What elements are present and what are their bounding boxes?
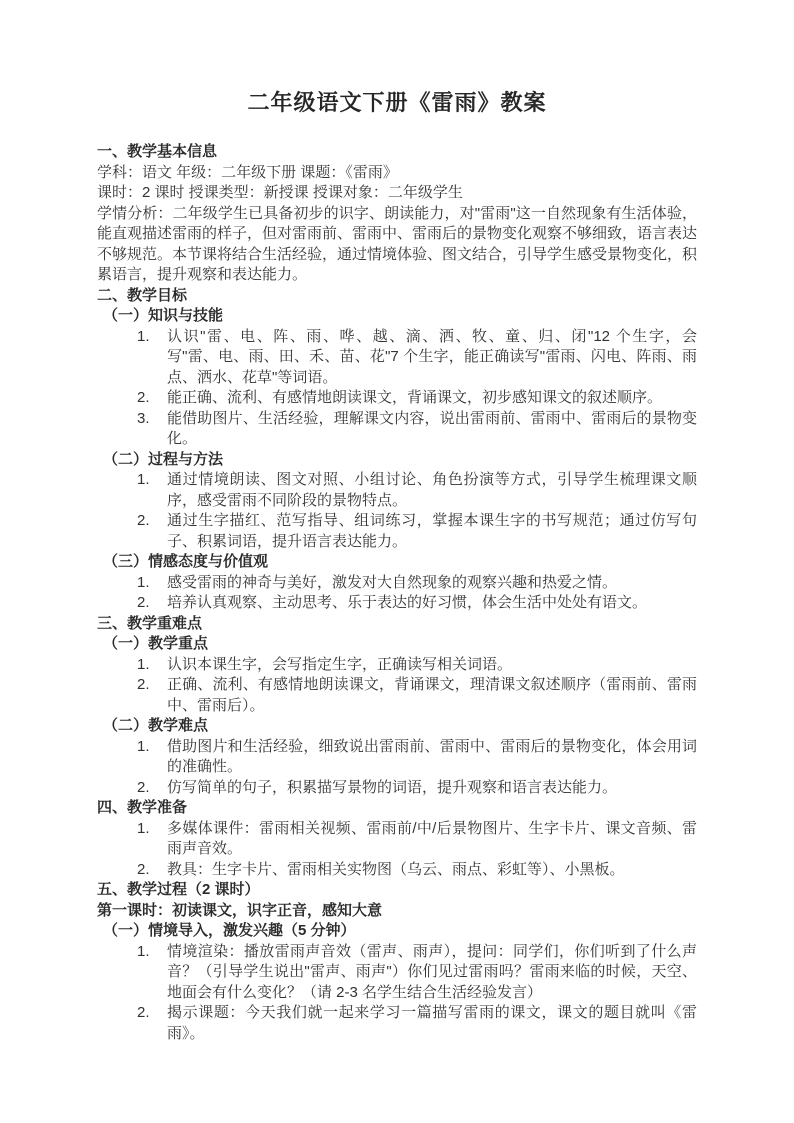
list-item-text: 通过生字描红、范写指导、组词练习，掌握本课生字的书写规范；通过仿写句子、积累词语…: [167, 511, 697, 552]
process-method-heading: （二）过程与方法: [97, 450, 697, 471]
list-item: 1. 多媒体课件：雷雨相关视频、雷雨前/中/后景物图片、生字卡片、课文音频、雷雨…: [97, 819, 697, 860]
list-item-text: 借助图片和生活经验，细致说出雷雨前、雷雨中、雷雨后的景物变化，体会用词的准确性。: [167, 737, 697, 778]
list-item-text: 能借助图片、生活经验，理解课文内容，说出雷雨前、雷雨中、雷雨后的景物变化。: [167, 409, 697, 450]
list-item: 1. 通过情境朗读、图文对照、小组讨论、角色扮演等方式，引导学生梳理课文顺序，感…: [97, 470, 697, 511]
list-item-number: 2.: [137, 388, 167, 409]
emotion-values-heading: （三）情感态度与价值观: [97, 552, 697, 573]
list-item-text: 认识本课生字，会写指定生字，正确读写相关词语。: [167, 655, 697, 676]
list-item: 2. 正确、流利、有感情地朗读课文，背诵课文，理清课文叙述顺序（雷雨前、雷雨中、…: [97, 675, 697, 716]
list-item-text: 仿写简单的句子，积累描写景物的词语，提升观察和语言表达能力。: [167, 778, 697, 799]
teaching-process-heading: 五、教学过程（2 课时）: [97, 880, 697, 901]
list-item-number: 1.: [137, 470, 167, 511]
list-item-number: 1.: [137, 942, 167, 1004]
list-item-number: 1.: [137, 327, 167, 389]
meta-line-subject: 学科：语文 年级：二年级下册 课题：《雷雨》: [97, 163, 697, 184]
teaching-focus-heading: （一）教学重点: [97, 634, 697, 655]
list-item: 2. 培养认真观察、主动思考、乐于表达的好习惯，体会生活中处处有语文。: [97, 593, 697, 614]
list-item-text: 通过情境朗读、图文对照、小组讨论、角色扮演等方式，引导学生梳理课文顺序，感受雷雨…: [167, 470, 697, 511]
list-item: 2. 仿写简单的句子，积累描写景物的词语，提升观察和语言表达能力。: [97, 778, 697, 799]
knowledge-skills-heading: （一）知识与技能: [97, 306, 697, 327]
list-item: 2. 揭示课题：今天我们就一起来学习一篇描写雷雨的课文，课文的题目就叫《雷雨》。: [97, 1003, 697, 1044]
list-item: 2. 教具：生字卡片、雷雨相关实物图（乌云、雨点、彩虹等）、小黑板。: [97, 860, 697, 881]
learning-analysis-paragraph: 学情分析：二年级学生已具备初步的识字、朗读能力，对"雷雨"这一自然现象有生活体验…: [97, 204, 697, 286]
list-item-text: 能正确、流利、有感情地朗读课文，背诵课文，初步感知课文的叙述顺序。: [167, 388, 697, 409]
key-points-heading: 三、教学重难点: [97, 614, 697, 635]
list-item: 2. 能正确、流利、有感情地朗读课文，背诵课文，初步感知课文的叙述顺序。: [97, 388, 697, 409]
list-item-number: 1.: [137, 655, 167, 676]
meta-line-periods: 课时：2 课时 授课类型：新授课 授课对象：二年级学生: [97, 183, 697, 204]
list-item-number: 2.: [137, 593, 167, 614]
list-item: 3. 能借助图片、生活经验，理解课文内容，说出雷雨前、雷雨中、雷雨后的景物变化。: [97, 409, 697, 450]
list-item-number: 1.: [137, 573, 167, 594]
lesson1-heading: 第一课时：初读课文，识字正音，感知大意: [97, 901, 697, 922]
list-item-number: 1.: [137, 819, 167, 860]
list-item-number: 2.: [137, 778, 167, 799]
objectives-heading: 二、教学目标: [97, 286, 697, 307]
list-item-number: 2.: [137, 1003, 167, 1044]
preparation-heading: 四、教学准备: [97, 798, 697, 819]
list-item: 1. 借助图片和生活经验，细致说出雷雨前、雷雨中、雷雨后的景物变化，体会用词的准…: [97, 737, 697, 778]
list-item-number: 3.: [137, 409, 167, 450]
list-item-number: 2.: [137, 860, 167, 881]
teaching-difficulty-heading: （二）教学难点: [97, 716, 697, 737]
list-item: 1. 情境渲染：播放雷雨声音效（雷声、雨声），提问：同学们，你们听到了什么声音？…: [97, 942, 697, 1004]
list-item-number: 1.: [137, 737, 167, 778]
list-item-number: 2.: [137, 675, 167, 716]
basic-info-heading: 一、教学基本信息: [97, 142, 697, 163]
list-item-text: 教具：生字卡片、雷雨相关实物图（乌云、雨点、彩虹等）、小黑板。: [167, 860, 697, 881]
list-item: 2. 通过生字描红、范写指导、组词练习，掌握本课生字的书写规范；通过仿写句子、积…: [97, 511, 697, 552]
list-item-text: 感受雷雨的神奇与美好，激发对大自然现象的观察兴趣和热爱之情。: [167, 573, 697, 594]
document-title: 二年级语文下册《雷雨》教案: [97, 88, 697, 118]
list-item-text: 正确、流利、有感情地朗读课文，背诵课文，理清课文叙述顺序（雷雨前、雷雨中、雷雨后…: [167, 675, 697, 716]
list-item: 1. 认识本课生字，会写指定生字，正确读写相关词语。: [97, 655, 697, 676]
document-page: 二年级语文下册《雷雨》教案 一、教学基本信息 学科：语文 年级：二年级下册 课题…: [0, 0, 794, 1123]
situational-intro-heading: （一）情境导入，激发兴趣（5 分钟）: [97, 921, 697, 942]
list-item-text: 多媒体课件：雷雨相关视频、雷雨前/中/后景物图片、生字卡片、课文音频、雷雨声音效…: [167, 819, 697, 860]
list-item: 1. 感受雷雨的神奇与美好，激发对大自然现象的观察兴趣和热爱之情。: [97, 573, 697, 594]
list-item-number: 2.: [137, 511, 167, 552]
list-item-text: 认识"雷、电、阵、雨、哗、越、滴、洒、牧、童、归、闭"12 个生字，会写"雷、电…: [167, 327, 697, 389]
list-item-text: 情境渲染：播放雷雨声音效（雷声、雨声），提问：同学们，你们听到了什么声音？（引导…: [167, 942, 697, 1004]
list-item-text: 培养认真观察、主动思考、乐于表达的好习惯，体会生活中处处有语文。: [167, 593, 697, 614]
list-item: 1. 认识"雷、电、阵、雨、哗、越、滴、洒、牧、童、归、闭"12 个生字，会写"…: [97, 327, 697, 389]
list-item-text: 揭示课题：今天我们就一起来学习一篇描写雷雨的课文，课文的题目就叫《雷雨》。: [167, 1003, 697, 1044]
